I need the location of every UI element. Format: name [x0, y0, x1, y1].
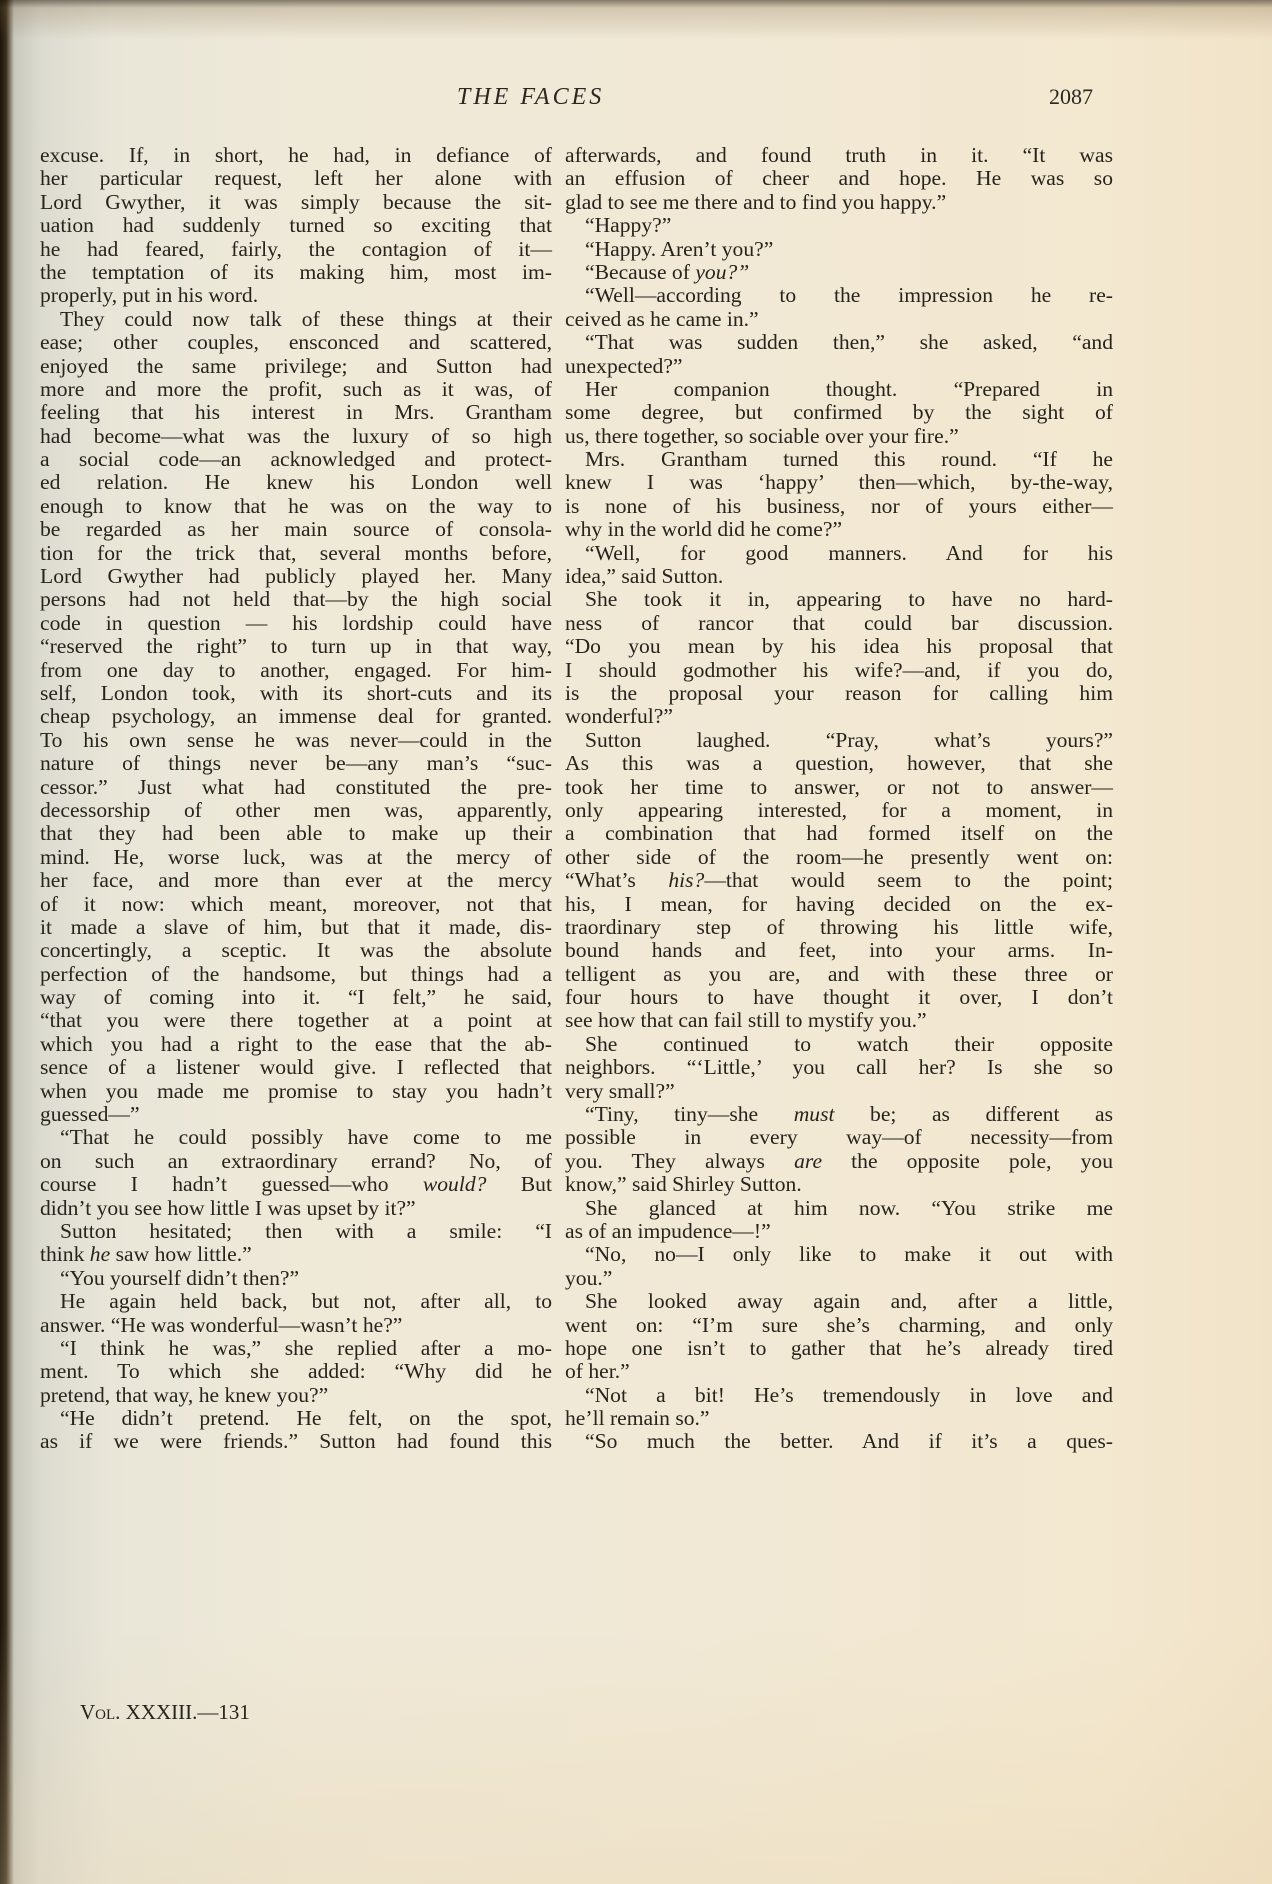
text-line: answer. “He was wonderful—wasn’t he?” [40, 1314, 552, 1337]
right-text-column: afterwards, and found truth in it. “It w… [565, 144, 1113, 1454]
text-line: concertingly, a sceptic. It was the abso… [40, 939, 552, 962]
text-line: self, London took, with its short-cuts a… [40, 682, 552, 705]
text-line: cessor.” Just what had constituted the p… [40, 776, 552, 799]
text-line: excuse. If, in short, he had, in defianc… [40, 144, 552, 167]
text-line: Sutton laughed. “Pray, what’s yours?” [565, 729, 1113, 752]
text-line: “Not a bit! He’s tremendously in love an… [565, 1384, 1113, 1407]
text-line: as of an impudence—!” [565, 1220, 1113, 1243]
text-line: They could now talk of these things at t… [40, 308, 552, 331]
text-line: afterwards, and found truth in it. “It w… [565, 144, 1113, 167]
text-line: he had feared, fairly, the contagion of … [40, 238, 552, 261]
text-line: glad to see me there and to find you hap… [565, 191, 1113, 214]
text-line: “Tiny, tiny—she must be; as different as [565, 1103, 1113, 1126]
text-line: She continued to watch their opposite [565, 1033, 1113, 1056]
text-line: had become—what was the luxury of so hig… [40, 425, 552, 448]
text-line: “that you were there together at a point… [40, 1009, 552, 1032]
text-line: her particular request, left her alone w… [40, 167, 552, 190]
text-line: ceived as he came in.” [565, 308, 1113, 331]
text-line: “You yourself didn’t then?” [40, 1267, 552, 1290]
signature-mark: Vol. XXXIII.—131 [80, 1700, 250, 1725]
text-line: on such an extraordinary errand? No, of [40, 1150, 552, 1173]
text-line: persons had not held that—by the high so… [40, 588, 552, 611]
text-line: which you had a right to the ease that t… [40, 1033, 552, 1056]
text-line: the temptation of its making him, most i… [40, 261, 552, 284]
text-line: neighbors. “‘Little,’ you call her? Is s… [565, 1056, 1113, 1079]
text-line: us, there together, so sociable over you… [565, 425, 1113, 448]
text-line: Lord Gwyther had publicly played her. Ma… [40, 565, 552, 588]
text-line: of her.” [565, 1360, 1113, 1383]
text-line: ment. To which she added: “Why did he [40, 1360, 552, 1383]
text-line: ease; other couples, ensconced and scatt… [40, 331, 552, 354]
text-line: nature of things never be—any man’s “suc… [40, 752, 552, 775]
text-line: He again held back, but not, after all, … [40, 1290, 552, 1313]
text-line: as if we were friends.” Sutton had found… [40, 1430, 552, 1453]
text-line: bound hands and feet, into your arms. In… [565, 939, 1113, 962]
text-line: took her time to answer, or not to answe… [565, 776, 1113, 799]
text-line: ness of rancor that could bar discussion… [565, 612, 1113, 635]
text-line: some degree, but confirmed by the sight … [565, 401, 1113, 424]
text-line: “So much the better. And if it’s a ques- [565, 1430, 1113, 1453]
text-line: knew I was ‘happy’ then—which, by-the-wa… [565, 471, 1113, 494]
text-line: To his own sense he was never—could in t… [40, 729, 552, 752]
text-line: think he saw how little.” [40, 1243, 552, 1266]
text-line: idea,” said Sutton. [565, 565, 1113, 588]
text-line: “Because of you?” [565, 261, 1113, 284]
text-line: know,” said Shirley Sutton. [565, 1173, 1113, 1196]
book-page: THE FACES 2087 excuse. If, in short, he … [0, 0, 1272, 1884]
text-line: you. They always are the opposite pole, … [565, 1150, 1113, 1173]
text-line: She looked away again and, after a littl… [565, 1290, 1113, 1313]
text-line: only appearing interested, for a moment,… [565, 799, 1113, 822]
text-line: Sutton hesitated; then with a smile: “I [40, 1220, 552, 1243]
text-line: feeling that his interest in Mrs. Granth… [40, 401, 552, 424]
text-line: unexpected?” [565, 355, 1113, 378]
text-line: “No, no—I only like to make it out with [565, 1243, 1113, 1266]
text-line: “I think he was,” she replied after a mo… [40, 1337, 552, 1360]
text-line: Lord Gwyther, it was simply because the … [40, 191, 552, 214]
text-line: possible in every way—of necessity—from [565, 1126, 1113, 1149]
text-line: “Happy. Aren’t you?” [565, 238, 1113, 261]
text-line: went on: “I’m sure she’s charming, and o… [565, 1314, 1113, 1337]
running-head: THE FACES 2087 [0, 84, 1272, 114]
text-line: Her companion thought. “Prepared in [565, 378, 1113, 401]
text-line: didn’t you see how little I was upset by… [40, 1197, 552, 1220]
text-line: enjoyed the same privilege; and Sutton h… [40, 355, 552, 378]
text-line: She took it in, appearing to have no har… [565, 588, 1113, 611]
text-line: a social code—an acknowledged and protec… [40, 448, 552, 471]
text-line: a combination that had formed itself on … [565, 822, 1113, 845]
text-line: is none of his business, nor of yours ei… [565, 495, 1113, 518]
page-edge-shadow [0, 0, 1272, 40]
text-line: I should godmother his wife?—and, if you… [565, 659, 1113, 682]
text-line: “What’s his?—that would seem to the poin… [565, 869, 1113, 892]
text-line: see how that can fail still to mystify y… [565, 1009, 1113, 1032]
text-line: “Happy?” [565, 214, 1113, 237]
text-line: be regarded as her main source of consol… [40, 518, 552, 541]
text-line: hope one isn’t to gather that he’s alrea… [565, 1337, 1113, 1360]
text-line: “That he could possibly have come to me [40, 1126, 552, 1149]
text-line: sence of a listener would give. I reflec… [40, 1056, 552, 1079]
text-line: Mrs. Grantham turned this round. “If he [565, 448, 1113, 471]
text-line: decessorship of other men was, apparentl… [40, 799, 552, 822]
text-line: way of coming into it. “I felt,” he said… [40, 986, 552, 1009]
text-line: from one day to another, engaged. For hi… [40, 659, 552, 682]
text-line: She glanced at him now. “You strike me [565, 1197, 1113, 1220]
text-line: mind. He, worse luck, was at the mercy o… [40, 846, 552, 869]
text-line: telligent as you are, and with these thr… [565, 963, 1113, 986]
text-line: you.” [565, 1267, 1113, 1290]
text-line: traordinary step of throwing his little … [565, 916, 1113, 939]
text-line: wonderful?” [565, 705, 1113, 728]
text-line: cheap psychology, an immense deal for gr… [40, 705, 552, 728]
text-line: perfection of the handsome, but things h… [40, 963, 552, 986]
text-line: guessed—” [40, 1103, 552, 1126]
volume-label: Vol. [80, 1700, 120, 1724]
text-line: of it now: which meant, moreover, not th… [40, 893, 552, 916]
text-line: when you made me promise to stay you had… [40, 1080, 552, 1103]
text-line: enough to know that he was on the way to [40, 495, 552, 518]
running-title: THE FACES [457, 84, 604, 111]
text-line: four hours to have thought it over, I do… [565, 986, 1113, 1009]
text-line: “Well—according to the impression he re- [565, 284, 1113, 307]
text-line: “He didn’t pretend. He felt, on the spot… [40, 1407, 552, 1430]
text-line: more and more the profit, such as it was… [40, 378, 552, 401]
volume-number: XXXIII.—131 [126, 1700, 250, 1724]
text-line: uation had suddenly turned so exciting t… [40, 214, 552, 237]
page-number: 2087 [1049, 84, 1093, 110]
text-line: ed relation. He knew his London well [40, 471, 552, 494]
text-line: an effusion of cheer and hope. He was so [565, 167, 1113, 190]
text-line: As this was a question, however, that sh… [565, 752, 1113, 775]
text-line: tion for the trick that, several months … [40, 542, 552, 565]
text-line: other side of the room—he presently went… [565, 846, 1113, 869]
text-line: very small?” [565, 1080, 1113, 1103]
text-line: pretend, that way, he knew you?” [40, 1384, 552, 1407]
text-line: that they had been able to make up their [40, 822, 552, 845]
text-line: “Well, for good manners. And for his [565, 542, 1113, 565]
text-line: course I hadn’t guessed—who would? But [40, 1173, 552, 1196]
text-line: it made a slave of him, but that it made… [40, 916, 552, 939]
text-line: he’ll remain so.” [565, 1407, 1113, 1430]
left-text-column: excuse. If, in short, he had, in defianc… [40, 144, 552, 1454]
text-line: code in question — his lordship could ha… [40, 612, 552, 635]
text-line: her face, and more than ever at the merc… [40, 869, 552, 892]
text-line: why in the world did he come?” [565, 518, 1113, 541]
text-line: “reserved the right” to turn up in that … [40, 635, 552, 658]
text-line: “That was sudden then,” she asked, “and [565, 331, 1113, 354]
text-line: properly, put in his word. [40, 284, 552, 307]
text-line: “Do you mean by his idea his proposal th… [565, 635, 1113, 658]
text-line: is the proposal your reason for calling … [565, 682, 1113, 705]
paper-discoloration [0, 1624, 1272, 1884]
text-line: his, I mean, for having decided on the e… [565, 893, 1113, 916]
